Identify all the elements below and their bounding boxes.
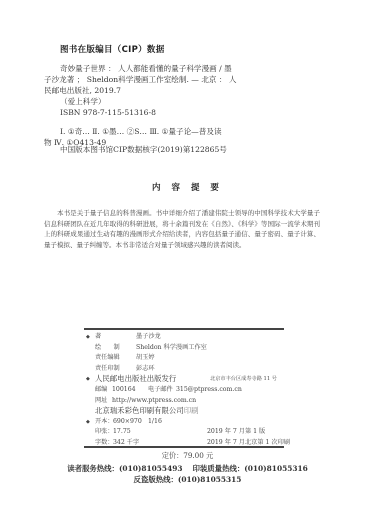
- printing-label: 责任印制: [95, 364, 120, 375]
- publisher-name: 人民邮电出版社出版发行: [95, 374, 176, 385]
- credit-publisher: ◆ 人民邮电出版社出版发行 北京市丰台区成寿寺路 11 号: [86, 374, 286, 385]
- printer-name: 北京瑞禾彩色印刷有限公司印刷: [95, 406, 199, 417]
- credit-editor: 责任编辑 胡玉婷: [86, 353, 286, 364]
- sheets-value: 17.75: [113, 427, 131, 438]
- credit-contact: 邮编 100164 电子邮件 315@ptpress.com.cn: [86, 385, 286, 396]
- editor-value: 胡玉婷: [136, 353, 155, 364]
- author-value: 墨子沙龙: [136, 332, 161, 343]
- postcode-label: 邮编: [95, 385, 107, 396]
- credits-block: ◆ 著 墨子沙龙 绘 制 Sheldon 科学漫画工作室 责任编辑 胡玉婷 责任…: [86, 332, 286, 449]
- divider-bottom: [84, 446, 284, 448]
- bullet-icon: ◆: [86, 417, 90, 428]
- email-label: 电子邮件: [148, 385, 173, 396]
- cip-classification: Ⅰ. ①奇… Ⅱ. ①墨… ②S… Ⅲ. ①量子论—普及读: [44, 126, 249, 137]
- summary-body: 本书是关于量子信息的科普漫画。书中详细介绍了潘建伟院士领导的中国科学技术大学量子…: [44, 208, 320, 250]
- email-value: 315@ptpress.com.cn: [176, 385, 242, 396]
- credit-website: 网址 http://www.ptpress.com.cn: [86, 396, 286, 407]
- credit-format: ◆ 开本： 690×970 1/16: [86, 417, 286, 428]
- summary-title: 内 容 提 要: [0, 181, 375, 193]
- sheets-label: 印张：: [95, 427, 114, 438]
- website-label: 网址: [95, 396, 107, 407]
- credit-illustrator: 绘 制 Sheldon 科学漫画工作室: [86, 343, 286, 354]
- cip-title: 图书在版编目（CIP）数据: [60, 43, 165, 55]
- credit-printer: 北京瑞禾彩色印刷有限公司印刷: [86, 406, 286, 417]
- cip-line: 民邮电出版社, 2019.7: [44, 85, 249, 96]
- credit-printing: 责任印制 彭志环: [86, 364, 286, 375]
- publisher-address: 北京市丰台区成寿寺路 11 号: [210, 374, 277, 385]
- reader-service-hotline: 读者服务热线：(010)81055493: [67, 464, 182, 473]
- author-label: 著: [95, 332, 101, 343]
- hotline-row: 读者服务热线：(010)81055493印装质量热线：(010)81055316: [0, 463, 375, 474]
- editor-label: 责任编辑: [95, 353, 120, 364]
- hotlines: 读者服务热线：(010)81055493印装质量热线：(010)81055316…: [0, 463, 375, 485]
- cip-record: 奇妙量子世界 ： 人人都能看懂的量子科学漫画 / 墨 子沙龙著 ； Sheldo…: [44, 63, 249, 148]
- illustrator-label: 绘 制: [95, 343, 120, 354]
- format-value: 690×970 1/16: [113, 417, 162, 428]
- cip-line: 奇妙量子世界 ： 人人都能看懂的量子科学漫画 / 墨: [44, 63, 249, 74]
- printing-value: 彭志环: [136, 364, 155, 375]
- divider-top: [84, 328, 284, 330]
- website-value: http://www.ptpress.com.cn: [112, 396, 196, 407]
- price: 定价：79.00 元: [0, 451, 375, 461]
- credit-sheets: 印张： 17.75 2019 年 7 月第 1 版: [86, 427, 286, 438]
- cip-record-number: 中国版本图书馆CIP数据核字(2019)第122865号: [60, 144, 227, 155]
- anti-piracy-hotline: 反盗版热线：(010)81055315: [0, 474, 375, 485]
- edition-value: 2019 年 7 月第 1 版: [207, 427, 265, 438]
- postcode-value: 100164: [112, 385, 136, 396]
- cip-line: 子沙龙著 ； Sheldon科学漫画工作室绘制. — 北京 ： 人: [44, 74, 249, 85]
- bullet-icon: ◆: [86, 332, 90, 343]
- cip-isbn: ISBN 978-7-115-51316-8: [44, 107, 249, 118]
- format-label: 开本：: [95, 417, 114, 428]
- credit-author: ◆ 著 墨子沙龙: [86, 332, 286, 343]
- bullet-icon: ◆: [86, 374, 90, 385]
- illustrator-value: Sheldon 科学漫画工作室: [136, 343, 207, 354]
- print-quality-hotline: 印装质量热线：(010)81055316: [193, 464, 308, 473]
- cip-series: （爱上科学）: [44, 96, 249, 107]
